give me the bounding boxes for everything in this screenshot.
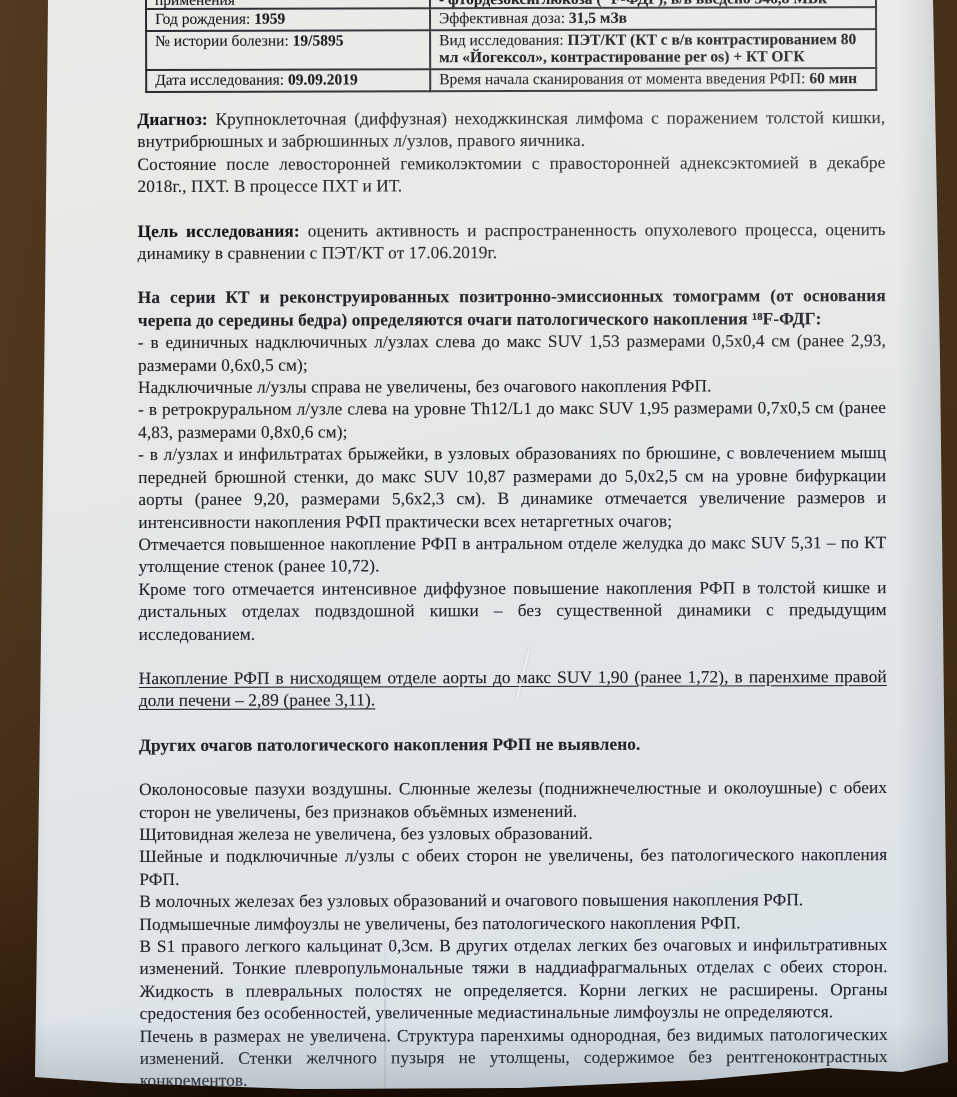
finding-text: - в единичных надключичных л/узлах слева… bbox=[138, 331, 886, 374]
cell-scan-start-time: Время начала сканирования от момента вве… bbox=[430, 68, 876, 91]
findings-heading: На серии КТ и реконструированных позитро… bbox=[138, 285, 886, 332]
condition-paragraph: Состояние после левосторонней гемиколэкт… bbox=[137, 152, 885, 199]
finding-text: - в ретрокруральном л/узле слева на уров… bbox=[138, 399, 886, 442]
scan-start-value: 60 мин bbox=[809, 70, 857, 87]
table-row-case-number: № истории болезни: 19/5895 Вид исследова… bbox=[146, 29, 876, 70]
finding-text: - в л/узлах и инфильтратах брыжейки, в у… bbox=[138, 443, 886, 531]
case-number-label: № истории болезни: bbox=[155, 33, 289, 50]
condition-text: Состояние после левосторонней гемиколэкт… bbox=[137, 153, 885, 196]
cell-study-type: Вид исследования: ПЭТ/КТ (КТ с в/в контр… bbox=[430, 29, 876, 69]
thyroid-paragraph: Щитовидная железа не увеличена, без узло… bbox=[139, 822, 887, 846]
header-table: применения - фтордезоксиглюкоза (¹⁸F-ФДГ… bbox=[145, 0, 877, 93]
findings-heading-text: На серии КТ и реконструированных позитро… bbox=[138, 286, 886, 329]
cell-birth-year: Год рождения: 1959 bbox=[146, 8, 430, 31]
table-row-birth-year: Год рождения: 1959 Эффективная доза: 31,… bbox=[146, 7, 876, 31]
finding-text: Отмечается повышенное накопление РФП в а… bbox=[138, 533, 886, 576]
birth-year-value: 1959 bbox=[254, 11, 285, 28]
study-type-label: Вид исследования: bbox=[439, 32, 564, 49]
diagnosis-label: Диагноз: bbox=[137, 110, 207, 129]
spacer bbox=[139, 711, 887, 735]
spacer bbox=[139, 755, 887, 779]
mammary-paragraph: В молочных железах без узловых образован… bbox=[139, 889, 887, 913]
study-goal-label: Цель исследования: bbox=[138, 221, 300, 240]
paper-sheet: применения - фтордезоксиглюкоза (¹⁸F-ФДГ… bbox=[0, 0, 957, 1097]
body-text: В S1 правого легкого кальцинат 0,3см. В … bbox=[139, 935, 887, 1023]
spacer bbox=[138, 197, 886, 221]
finding-text: Кроме того отмечается интенсивное диффуз… bbox=[139, 578, 887, 644]
effective-dose-label: Эффективная доза: bbox=[439, 10, 565, 27]
reference-uptake-paragraph: Накопление РФП в нисходящем отделе аорты… bbox=[139, 666, 887, 713]
study-goal-paragraph: Цель исследования: оценить активность и … bbox=[138, 219, 886, 266]
finding-mesentery: - в л/узлах и инфильтратах брыжейки, в у… bbox=[138, 442, 886, 534]
no-other-foci-text: Других очагов патологического накопления… bbox=[139, 734, 641, 754]
effective-dose-value: 31,5 мЗв bbox=[569, 10, 627, 27]
body-text: Щитовидная железа не увеличена, без узло… bbox=[139, 824, 593, 844]
finding-supraclavicular-right: Надключичные л/узлы справа не увеличены,… bbox=[138, 375, 886, 399]
body-text: Околоносовые пазухи воздушны. Слюнные же… bbox=[139, 778, 887, 821]
report-content: применения - фтордезоксиглюкоза (¹⁸F-ФДГ… bbox=[137, 0, 888, 1093]
diagnosis-text: Крупноклеточная (диффузная) неходжкинска… bbox=[137, 108, 885, 151]
sinuses-paragraph: Околоносовые пазухи воздушны. Слюнные же… bbox=[139, 777, 887, 824]
neck-nodes-paragraph: Шейные и подключичные л/узлы с обеих сто… bbox=[139, 844, 887, 891]
lungs-paragraph: В S1 правого легкого кальцинат 0,3см. В … bbox=[139, 934, 887, 1026]
clipped-value-fragment: - фтордезоксиглюкоза (¹⁸F-ФДГ), в/в введ… bbox=[439, 0, 827, 7]
scan-start-label: Время начала сканирования от момента вве… bbox=[439, 70, 805, 88]
study-date-label: Дата исследования: bbox=[155, 72, 284, 89]
spacer bbox=[138, 263, 886, 287]
cell-effective-dose: Эффективная доза: 31,5 мЗв bbox=[430, 7, 876, 30]
case-number-value: 19/5895 bbox=[293, 32, 344, 49]
liver-paragraph: Печень в размерах не увеличена. Структур… bbox=[140, 1024, 888, 1093]
clipped-label-fragment: применения bbox=[155, 0, 235, 8]
body-text: Подмышечные лимфоузлы не увеличены, без … bbox=[139, 913, 740, 934]
finding-text: Надключичные л/узлы справа не увеличены,… bbox=[138, 377, 712, 398]
diagnosis-paragraph: Диагноз: Крупноклеточная (диффузная) нех… bbox=[137, 107, 885, 154]
spacer bbox=[139, 644, 887, 668]
axillary-paragraph: Подмышечные лимфоузлы не увеличены, без … bbox=[139, 912, 887, 936]
photo-scene: применения - фтордезоксиглюкоза (¹⁸F-ФДГ… bbox=[0, 0, 957, 1097]
finding-colon: Кроме того отмечается интенсивное диффуз… bbox=[139, 577, 887, 646]
finding-supraclavicular-left: - в единичных надключичных л/узлах слева… bbox=[138, 330, 886, 377]
cell-study-date: Дата исследования: 09.09.2019 bbox=[146, 69, 430, 92]
finding-retrocrural: - в ретрокруральном л/узле слева на уров… bbox=[138, 398, 886, 445]
birth-year-label: Год рождения: bbox=[155, 11, 250, 28]
no-other-foci-paragraph: Других очагов патологического накопления… bbox=[139, 733, 887, 757]
study-date-value: 09.09.2019 bbox=[288, 71, 358, 88]
table-row-study-date: Дата исследования: 09.09.2019 Время нача… bbox=[146, 68, 876, 92]
reference-uptake-text: Накопление РФП в нисходящем отделе аорты… bbox=[139, 667, 887, 710]
finding-stomach: Отмечается повышенное накопление РФП в а… bbox=[138, 532, 886, 579]
body-text: Шейные и подключичные л/узлы с обеих сто… bbox=[139, 845, 887, 888]
cell-case-number: № истории болезни: 19/5895 bbox=[146, 30, 430, 70]
body-text: В молочных железах без узловых образован… bbox=[139, 890, 803, 911]
body-text: Печень в размерах не увеличена. Структур… bbox=[140, 1025, 888, 1091]
